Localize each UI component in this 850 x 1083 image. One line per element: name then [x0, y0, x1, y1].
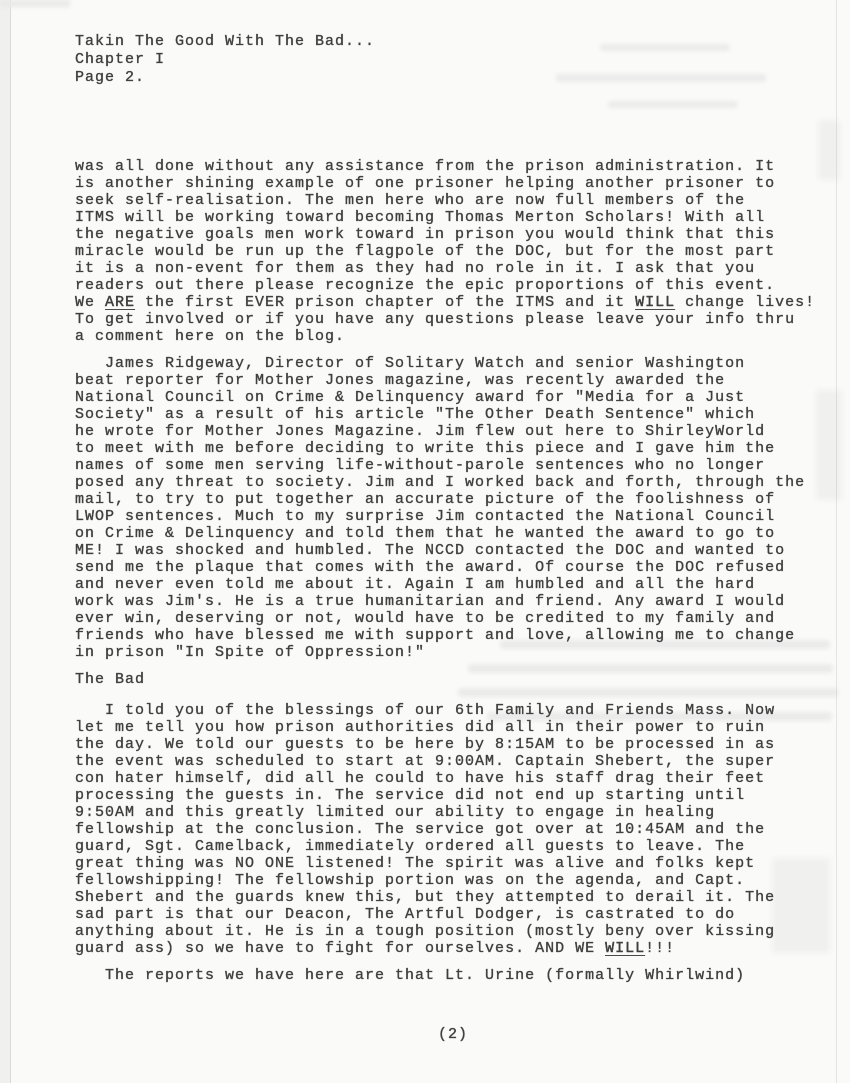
text-line: work was Jim's. He is a true humanitaria… — [75, 593, 831, 610]
text-line: send me the plaque that comes with the a… — [75, 559, 831, 576]
document-content: Takin The Good With The Bad... Chapter I… — [75, 33, 831, 994]
paragraph: was all done without any assistance from… — [75, 158, 831, 345]
text-line: 9:50AM and this greatly limited our abil… — [75, 804, 831, 821]
text-line: The Bad — [75, 671, 831, 688]
text-line: ever win, deserving or not, would have t… — [75, 610, 831, 627]
text-line: was all done without any assistance from… — [75, 158, 831, 175]
text-line: The reports we have here are that Lt. Ur… — [75, 967, 831, 984]
text-line: seek self-realisation. The men here who … — [75, 192, 831, 209]
text-line: LWOP sentences. Much to my surprise Jim … — [75, 508, 831, 525]
page-label: Page 2. — [75, 69, 831, 87]
text-line: miracle would be run up the flagpole of … — [75, 243, 831, 260]
text-line: I told you of the blessings of our 6th F… — [75, 702, 831, 719]
page-number: (2) — [75, 1026, 831, 1043]
text-line: Society" as a result of his article "The… — [75, 406, 831, 423]
text-line: National Council on Crime & Delinquency … — [75, 389, 831, 406]
text-line: processing the guests in. The service di… — [75, 787, 831, 804]
text-line: fellowshipping! The fellowship portion w… — [75, 872, 831, 889]
section-heading: The Bad — [75, 671, 831, 688]
paragraph: James Ridgeway, Director of Solitary Wat… — [75, 355, 831, 661]
text-line: anything about it. He is in a tough posi… — [75, 923, 831, 940]
scan-corner-shadow — [0, 0, 70, 7]
text-line: To get involved or if you have any quest… — [75, 311, 831, 328]
text-line: on Crime & Delinquency and told them tha… — [75, 525, 831, 542]
text-line: posed any threat to society. Jim and I w… — [75, 474, 831, 491]
text-line: readers out there please recognize the e… — [75, 277, 831, 294]
text-line: and never even told me about it. Again I… — [75, 576, 831, 593]
paragraph: I told you of the blessings of our 6th F… — [75, 702, 831, 957]
underlined-text: WILL — [635, 294, 675, 311]
chapter-label: Chapter I — [75, 51, 831, 69]
scan-edge-left — [0, 0, 11, 1083]
text-line: beat reporter for Mother Jones magazine,… — [75, 372, 831, 389]
text-line: friends who have blessed me with support… — [75, 627, 831, 644]
text-line: in prison "In Spite of Oppression!" — [75, 644, 831, 661]
text-line: the event was scheduled to start at 9:00… — [75, 753, 831, 770]
document-title: Takin The Good With The Bad... — [75, 33, 831, 51]
text-line: James Ridgeway, Director of Solitary Wat… — [75, 355, 831, 372]
text-line: to meet with me before deciding to write… — [75, 440, 831, 457]
text-line: We ARE the first EVER prison chapter of … — [75, 294, 831, 311]
text-line: ME! I was shocked and humbled. The NCCD … — [75, 542, 831, 559]
text-line: sad part is that our Deacon, The Artful … — [75, 906, 831, 923]
text-line: guard ass) so we have to fight for ourse… — [75, 940, 831, 957]
underlined-text: WILL — [605, 940, 645, 957]
text-line: the negative goals men work toward in pr… — [75, 226, 831, 243]
text-line: guard, Sgt. Camelback, immediately order… — [75, 838, 831, 855]
paragraph: The reports we have here are that Lt. Ur… — [75, 967, 831, 984]
text-line: ITMS will be working toward becoming Tho… — [75, 209, 831, 226]
text-line: a comment here on the blog. — [75, 328, 831, 345]
text-line: it is a non-event for them as they had n… — [75, 260, 831, 277]
text-line: great thing was NO ONE listened! The spi… — [75, 855, 831, 872]
scanned-document-page: Takin The Good With The Bad... Chapter I… — [0, 0, 850, 1083]
document-body: was all done without any assistance from… — [75, 158, 831, 984]
text-line: mail, to try to put together an accurate… — [75, 491, 831, 508]
underlined-text: ARE — [105, 294, 135, 311]
document-header: Takin The Good With The Bad... Chapter I… — [75, 33, 831, 87]
text-line: fellowship at the conclusion. The servic… — [75, 821, 831, 838]
text-line: let me tell you how prison authorities d… — [75, 719, 831, 736]
text-line: Shebert and the guards knew this, but th… — [75, 889, 831, 906]
text-line: he wrote for Mother Jones Magazine. Jim … — [75, 423, 831, 440]
text-line: the day. We told our guests to be here b… — [75, 736, 831, 753]
text-line: con hater himself, did all he could to h… — [75, 770, 831, 787]
text-line: names of some men serving life-without-p… — [75, 457, 831, 474]
text-line: is another shining example of one prison… — [75, 175, 831, 192]
